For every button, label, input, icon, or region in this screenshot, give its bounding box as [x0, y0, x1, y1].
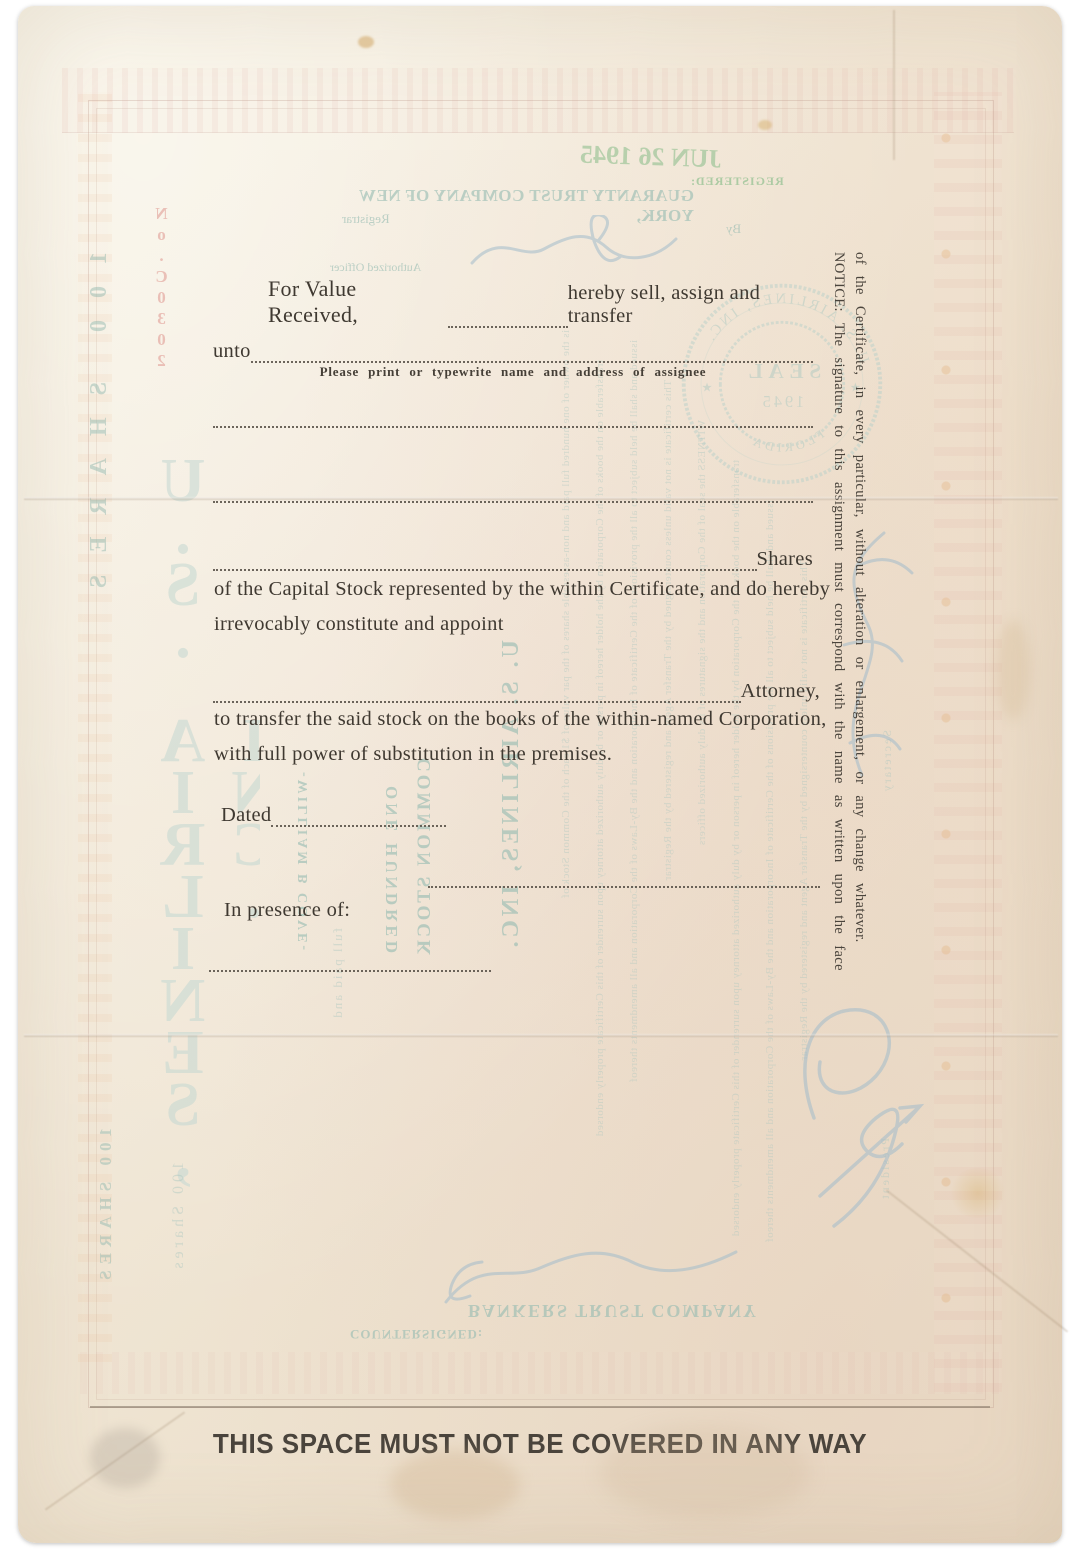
unto-label: unto	[213, 340, 251, 363]
capital-stock-line: of the Capital Stock represented by the …	[214, 578, 830, 601]
unto-line: unto	[213, 338, 813, 363]
stain	[390, 1450, 520, 1520]
dated-blank	[271, 802, 446, 827]
attorney-line: Attorney,	[213, 678, 820, 703]
assignment-form: For Value Received, hereby sell, assign …	[0, 0, 1080, 1549]
shares-label: Shares	[757, 548, 813, 571]
footer-warning: THIS SPACE MUST NOT BE COVERED IN ANY WA…	[38, 1428, 1042, 1460]
value-received-blank	[448, 303, 568, 328]
dated-label: Dated	[221, 804, 271, 827]
substitution-line: with full power of substitution in the p…	[214, 743, 612, 766]
value-received-suffix: hereby sell, assign and transfer	[568, 282, 824, 328]
fold-crease-upper	[24, 497, 1058, 500]
assignee-instruction: Please print or typewrite name and addre…	[213, 364, 813, 380]
attorney-label: Attorney,	[741, 680, 820, 703]
stain	[948, 1168, 1008, 1218]
stain	[600, 1425, 810, 1520]
shares-blank	[213, 546, 757, 571]
transfer-line: to transfer the said stock on the books …	[214, 708, 827, 731]
footer-divider	[90, 1406, 990, 1408]
value-received-line: For Value Received, hereby sell, assign …	[268, 276, 824, 328]
dated-line: Dated	[221, 802, 446, 827]
unto-blank	[251, 338, 813, 363]
attorney-blank	[213, 678, 741, 703]
stain	[358, 36, 374, 48]
stain	[996, 620, 1030, 720]
fold-crease-lower	[24, 1034, 1058, 1037]
shares-line: Shares	[213, 546, 813, 571]
value-received-prefix: For Value Received,	[268, 276, 448, 328]
notice-line-2: of the Certificate, in every particular,…	[849, 252, 870, 1030]
stain	[90, 1428, 160, 1488]
crease-top-right	[893, 10, 895, 160]
stain	[758, 120, 772, 130]
certificate-back-scan: REGISTERED: JUN 26 1945 GUARANTY TRUST C…	[0, 0, 1080, 1549]
notice-line-1: NOTICE: The signature to this assignment…	[828, 252, 849, 1030]
notice-block: NOTICE: The signature to this assignment…	[828, 252, 870, 1030]
presence-label: In presence of:	[224, 899, 350, 922]
appoint-line: irrevocably constitute and appoint	[214, 613, 504, 636]
signature-blank-line	[428, 868, 820, 888]
witness-blank-line	[209, 952, 491, 972]
assignee-blank-line-1	[213, 408, 813, 428]
